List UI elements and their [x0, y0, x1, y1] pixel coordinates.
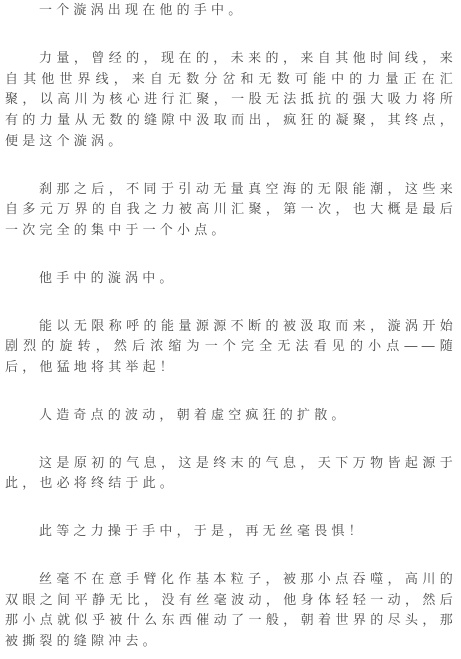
paragraph: 丝毫不在意手臂化作基本粒子，被那小点吞噬，高川的双眼之间平静无比，没有丝毫波动，… [5, 569, 457, 652]
novel-text-page: 一个漩涡出现在他的手中。力量，曾经的，现在的，未来的，来自其他时间线，来自其他世… [0, 0, 461, 659]
paragraph: 刹那之后，不同于引动无量真空海的无限能潮，这些来自多元万界的自我之力被高川汇聚，… [5, 179, 457, 241]
paragraph: 力量，曾经的，现在的，未来的，来自其他时间线，来自其他世界线，来自无数分岔和无数… [5, 48, 457, 152]
paragraph: 一个漩涡出现在他的手中。 [5, 0, 457, 21]
paragraph: 此等之力操于手中，于是，再无丝毫畏惧！ [5, 521, 457, 542]
paragraph: 能以无限称呼的能量源源不断的被汲取而来，漩涡开始剧烈的旋转，然后浓缩为一个完全无… [5, 316, 457, 378]
paragraph: 人造奇点的波动，朝着虚空疯狂的扩散。 [5, 405, 457, 426]
paragraph: 这是原初的气息，这是终末的气息，天下万物皆起源于此，也必将终结于此。 [5, 453, 457, 495]
paragraph: 他手中的漩涡中。 [5, 268, 457, 289]
